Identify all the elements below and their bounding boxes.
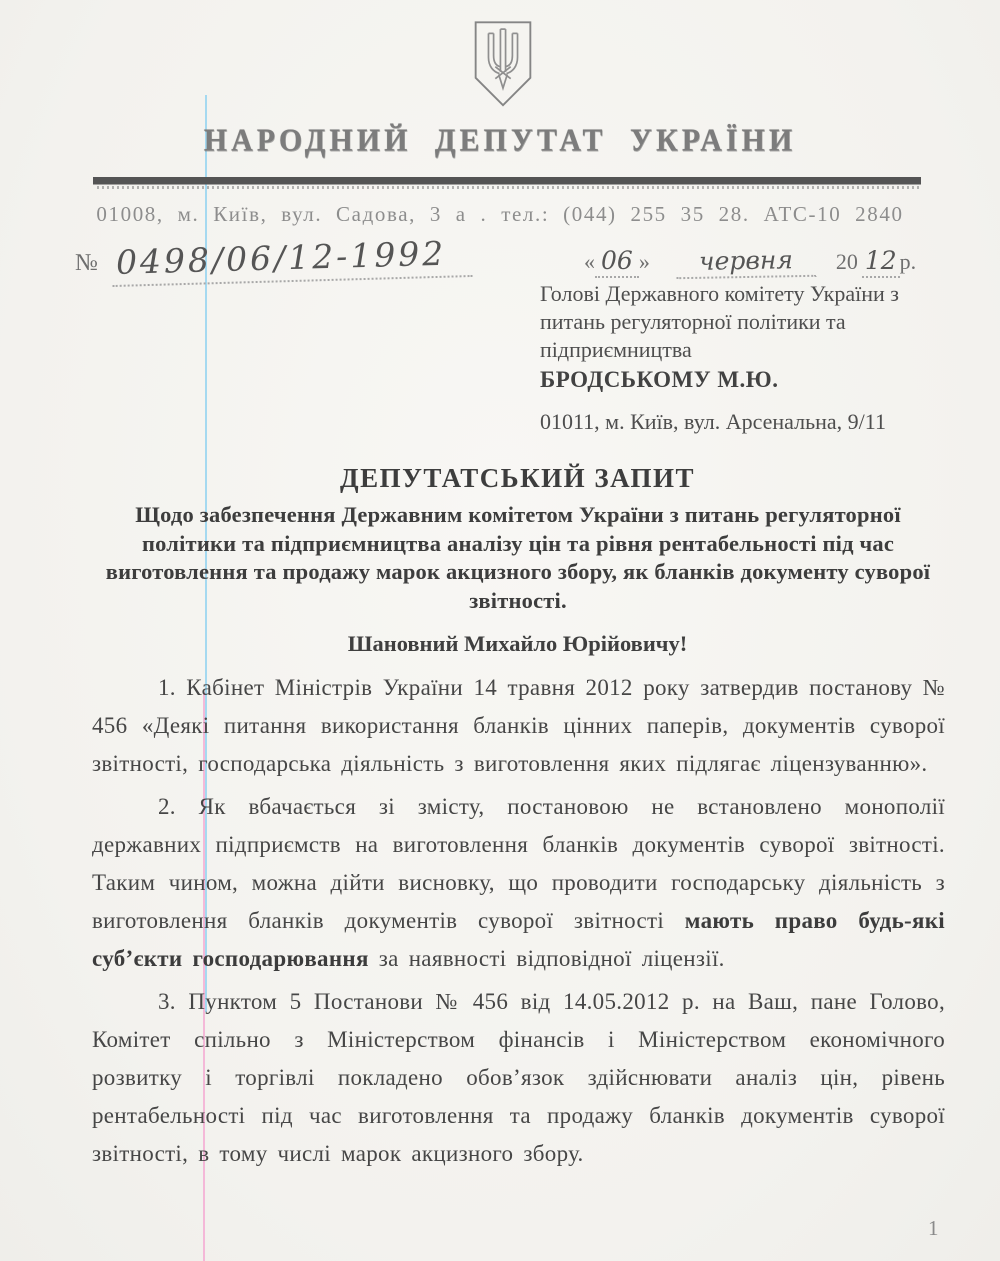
letter-body: 1. Кабінет Міністрів України 14 травня 2… (92, 669, 945, 1178)
page-number: 1 (928, 1216, 939, 1241)
letterhead-divider-rule (93, 177, 921, 184)
date-year-prefix: 20 (836, 249, 858, 275)
scanned-letter-page: НАРОДНИЙ ДЕПУТАТ УКРАЇНИ 01008, м. Київ,… (0, 0, 1000, 1261)
paragraph-2-tail: за наявності відповідної ліцензії. (369, 946, 725, 971)
document-subject: Щодо забезпечення Державним комітетом Ук… (98, 501, 938, 615)
paragraph-2: 2. Як вбачається зі змісту, постановою н… (92, 788, 945, 978)
salutation: Шановний Михайло Юрійовичу! (95, 631, 940, 657)
date-year-suffix: р. (900, 249, 917, 275)
recipient-block: Голові Державного комітету України з пит… (540, 280, 940, 436)
letterhead-title: НАРОДНИЙ ДЕПУТАТ УКРАЇНИ (0, 123, 1000, 159)
recipient-line-2: питань регуляторної політики та (540, 308, 940, 336)
recipient-line-1: Голові Державного комітету України з (540, 280, 940, 308)
recipient-address: 01011, м. Київ, вул. Арсенальна, 9/11 (540, 408, 940, 436)
paragraph-1: 1. Кабінет Міністрів України 14 травня 2… (92, 669, 945, 783)
letterhead-address-line: 01008, м. Київ, вул. Садова, 3 а . тел.:… (0, 202, 1000, 227)
recipient-name: БРОДСЬКОМУ М.Ю. (540, 366, 940, 394)
date-month-handwritten: червня (676, 245, 817, 279)
reference-number-handwritten: 0498/06/12-1992 (111, 233, 472, 287)
date-day-handwritten: 06 (595, 246, 639, 278)
paragraph-3: 3. Пунктом 5 Постанови № 456 від 14.05.2… (92, 983, 945, 1173)
recipient-line-3: підприємництва (540, 336, 940, 364)
date-quote-open: « (584, 249, 595, 275)
document-title: ДЕПУТАТСЬКИЙ ЗАПИТ (95, 463, 940, 494)
date-year-handwritten: 12 (862, 246, 900, 278)
date-quote-close: » (639, 249, 650, 275)
date-line: « 06 » червня 20 12 р. (584, 246, 916, 278)
reference-number-label: № (75, 250, 98, 277)
trident-emblem-icon (459, 18, 547, 112)
